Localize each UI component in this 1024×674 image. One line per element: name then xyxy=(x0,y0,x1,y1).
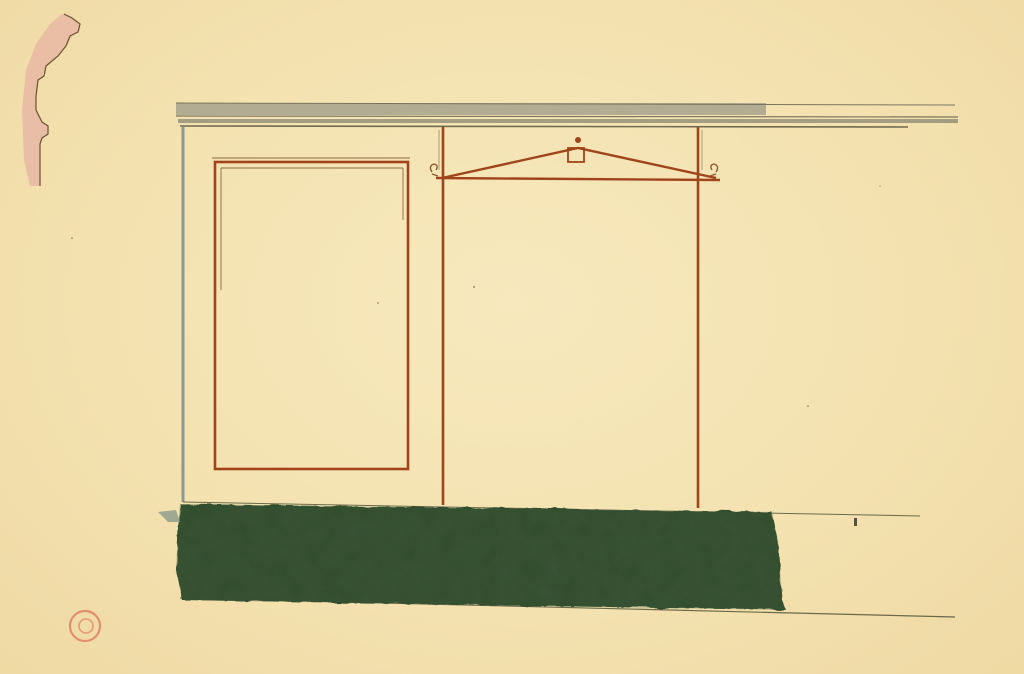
collection-stamp xyxy=(70,611,100,641)
wall-elevation xyxy=(0,0,1024,674)
central-aedicula xyxy=(430,127,720,508)
volute-left-icon xyxy=(430,164,438,176)
dado xyxy=(158,502,955,617)
paper-speckles xyxy=(71,185,881,407)
volute-right-icon xyxy=(710,164,718,176)
left-panel xyxy=(212,158,410,469)
drawing-sheet: Wall elevation sketch with cornice profi… xyxy=(0,0,1024,674)
cornice-profile xyxy=(22,14,80,186)
cornice xyxy=(176,103,958,127)
